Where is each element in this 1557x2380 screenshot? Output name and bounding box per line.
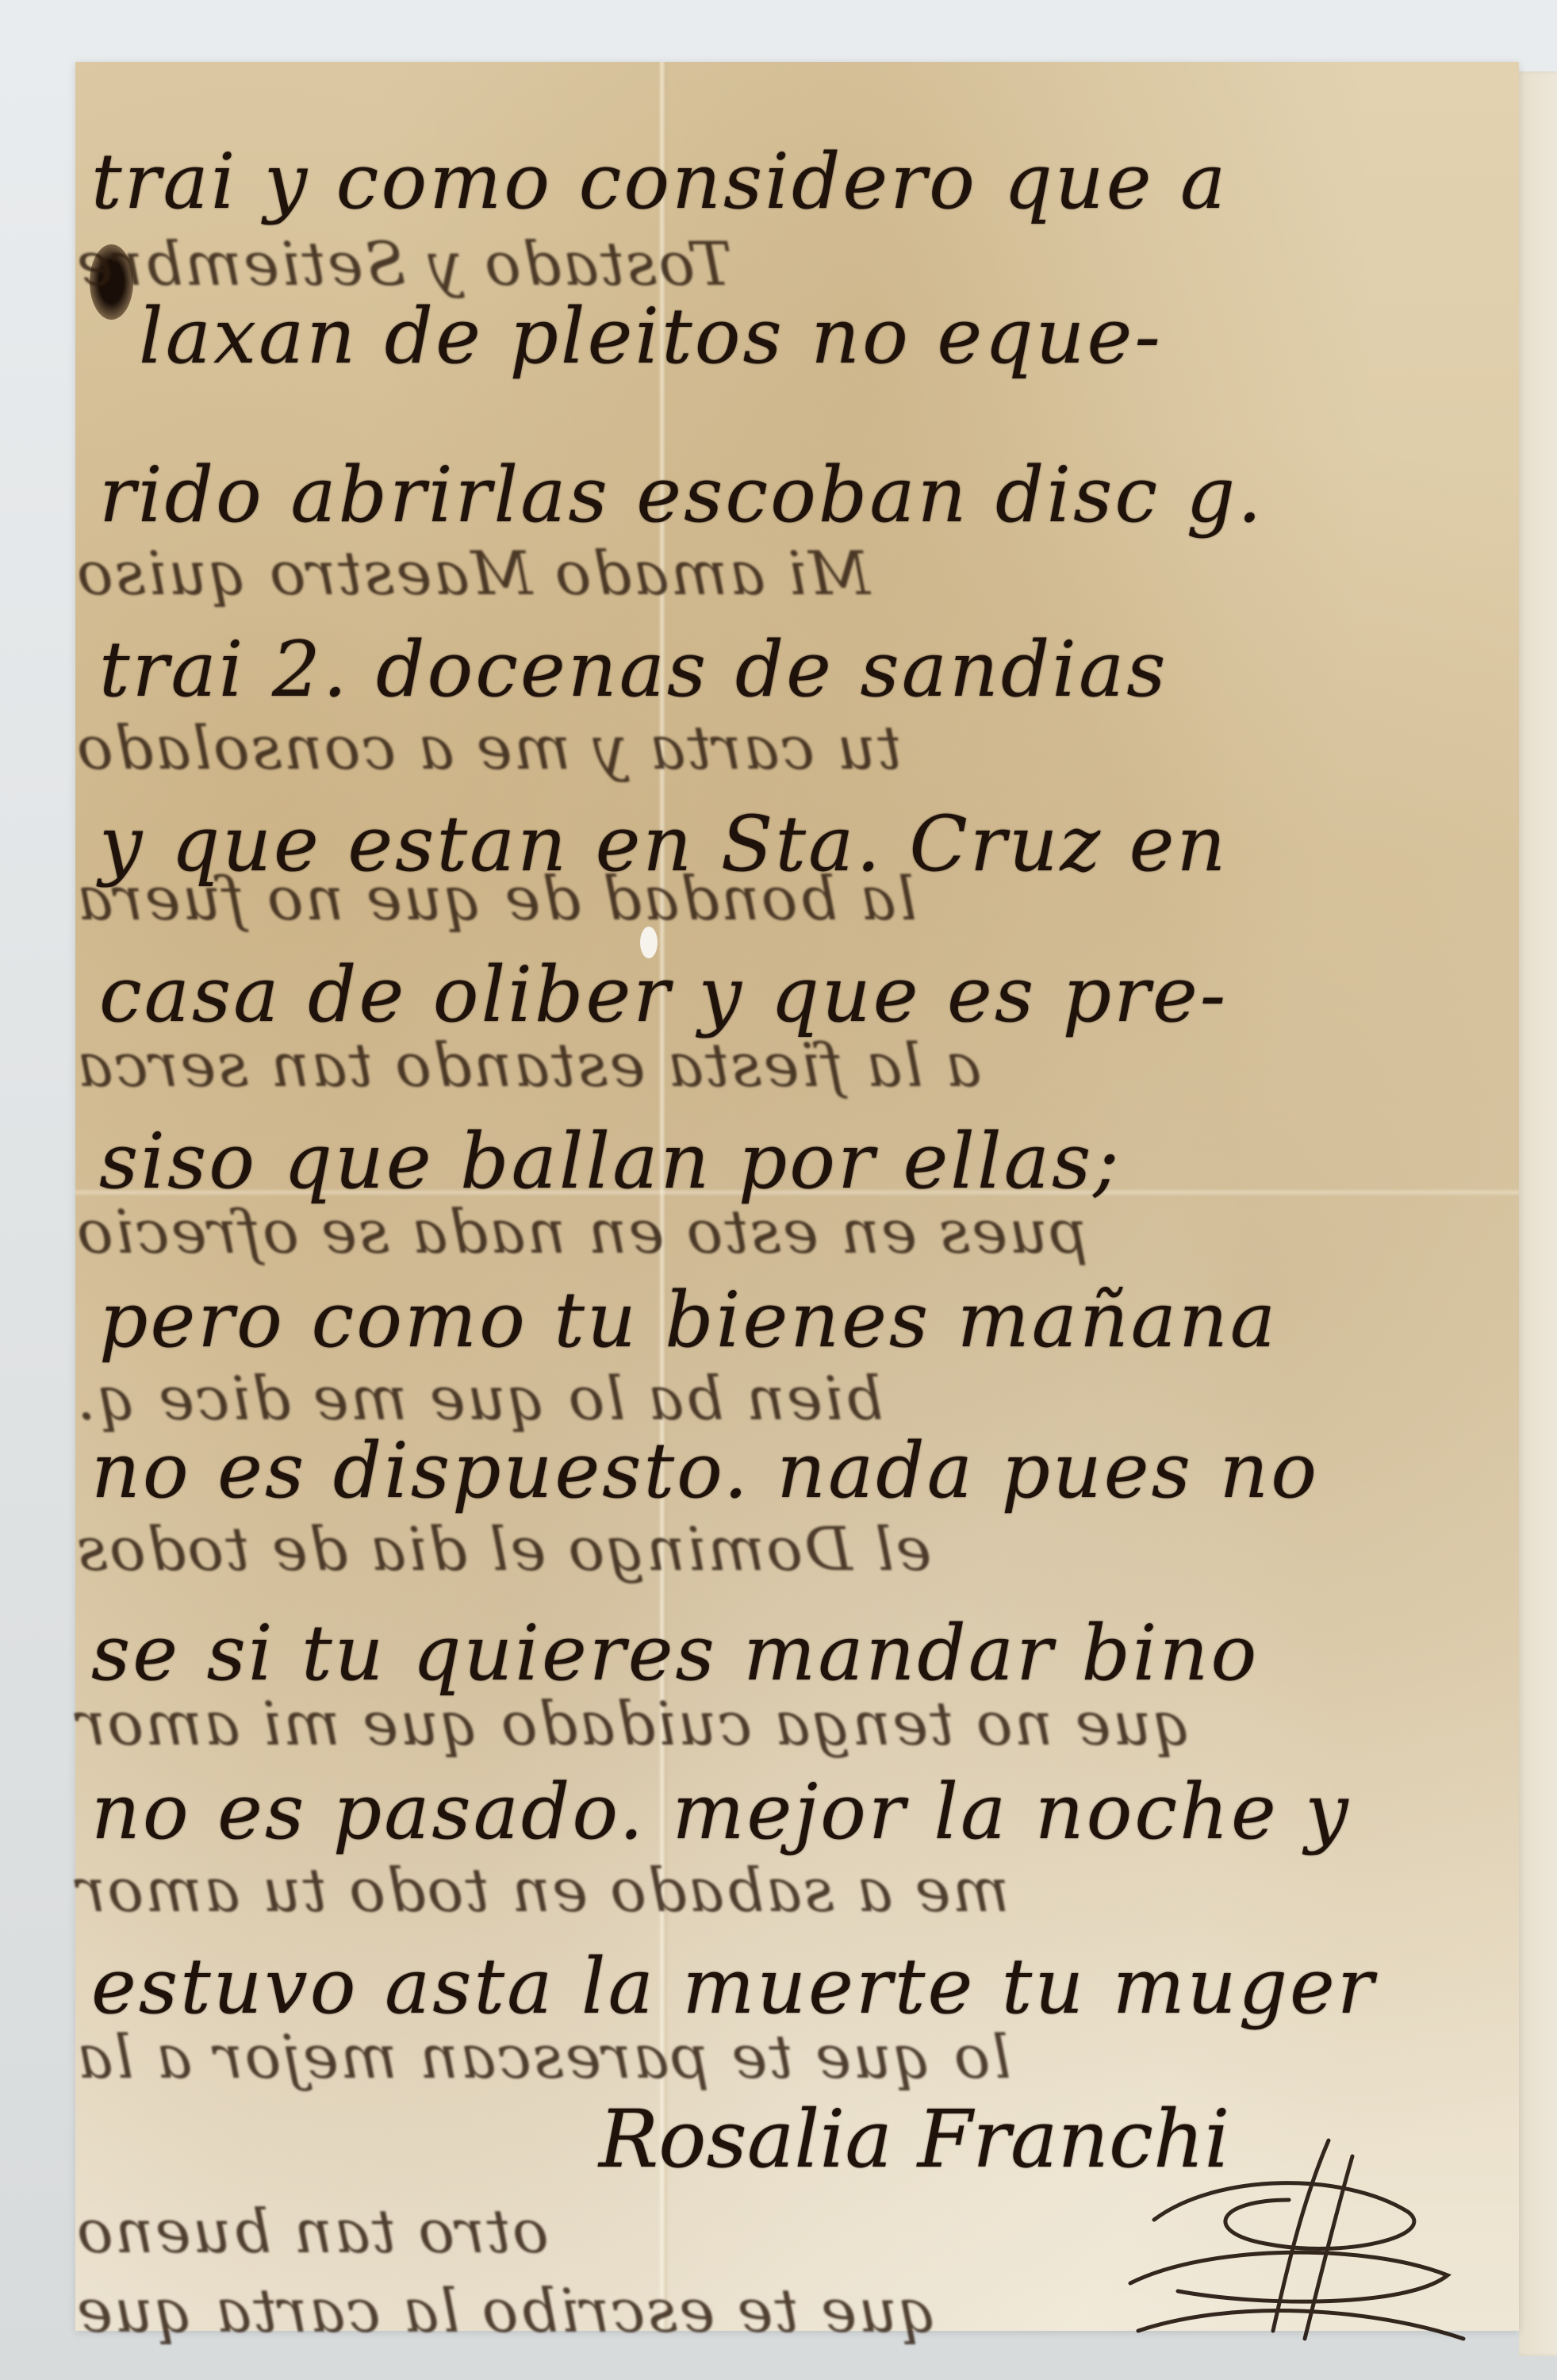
bleed-line: el Domingo el dia de todos [75,1514,1519,1584]
bleed-line: Mi amado Maestro quiso [75,538,1519,608]
letter-paper: Tostado y Setiembre Mi amado Maestro qui… [75,62,1519,2331]
bleed-line: lo que te parescan mejor a la [75,2021,1519,2092]
letter-line: siso que ballan por ellas; [75,1117,1543,1206]
letter-line: trai 2. docenas de sandias [75,625,1543,714]
letter-line: rido abrirlas escoban disc g. [75,451,1543,539]
bleed-line: me a sabado en todo tu amor [75,1855,1519,1925]
bleed-line: bien ba lo que me dice q. [75,1363,1519,1434]
letter-line: pero como tu bienes mañana [75,1276,1543,1365]
letter-line: y que estan en Sta. Cruz en [75,800,1543,889]
signature-flourish-icon [1106,2125,1471,2363]
letter-line: trai y como considero que a [75,137,1535,226]
letter-line: se si tu quieres mandar bino [75,1609,1535,1698]
letter-line: no es dispuesto. nada pues no [75,1426,1535,1515]
bleed-line: Tostado y Setiembre [75,228,1519,299]
bleed-line: que no tenga cuidado que mi amor [75,1688,1519,1759]
letter-line: casa de oliber y que es pre- [75,950,1543,1039]
bleed-line: a la fiesta estando tan serca [75,1030,1519,1100]
letter-line: estuvo asta la muerte tu muger [75,1942,1535,2031]
letter-line: no es pasado. mejor la noche y [75,1768,1535,1856]
letter-line: laxan de pleitos no eque- [75,292,1557,381]
bleed-line: pues en esto en nada se ofrecio [75,1196,1519,1267]
bleed-line: tu carta y me a consolado [75,712,1519,783]
